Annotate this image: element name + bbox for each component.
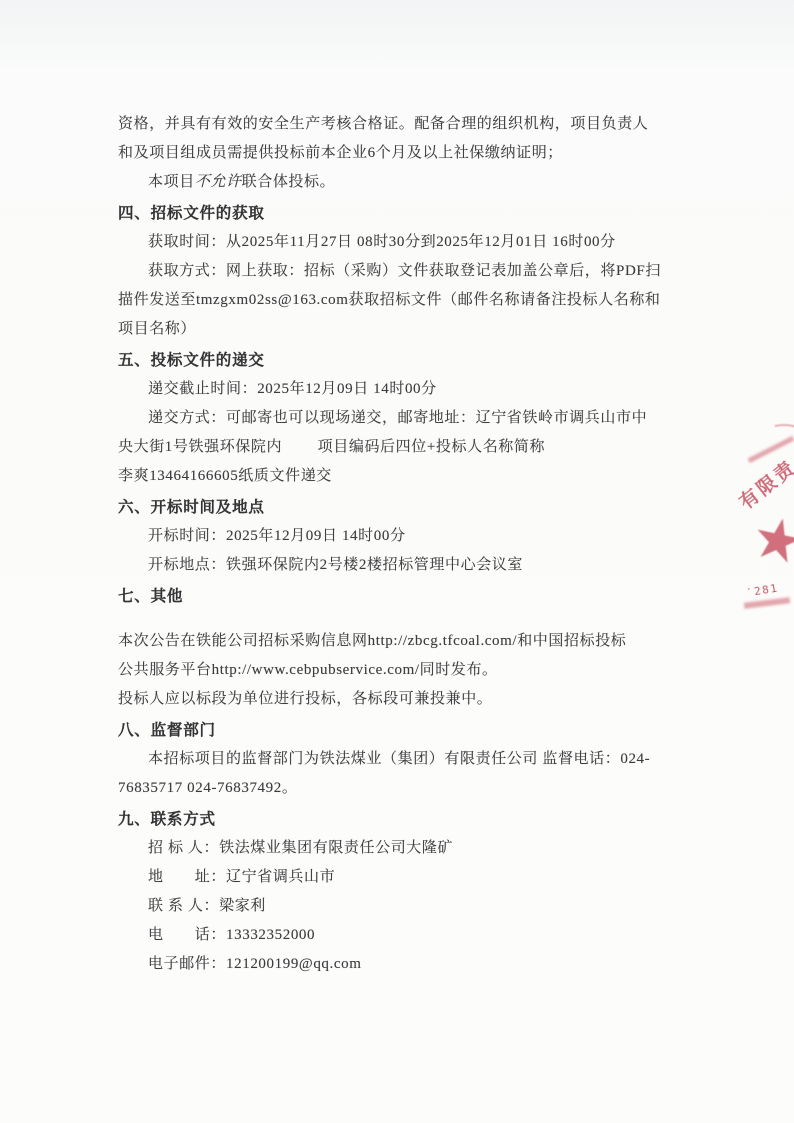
paragraph-line: 和及项目组成员需提供投标前本企业6个月及以上社保缴纳证明； (118, 139, 688, 168)
section-heading-other: 七、其他 (118, 582, 688, 611)
supervision-phone-line: 76835717 024-76837492。 (118, 774, 688, 803)
obtain-method-line: 项目名称） (118, 315, 688, 344)
contact-row-address: 地 址：辽宁省调兵山市 (118, 863, 688, 892)
contact-value: 13332352000 (226, 927, 315, 943)
contact-label: 地 址： (148, 869, 226, 885)
contact-label: 联 系 人： (148, 898, 219, 914)
section-heading-contact: 九、联系方式 (118, 805, 688, 834)
seal-star-icon: ★ (747, 507, 794, 575)
submission-deadline-line: 递交截止时间：2025年12月09日 14时00分 (118, 375, 688, 404)
obtain-time-line: 获取时间：从2025年11月27日 08时30分到2025年12月01日 16时… (118, 228, 688, 257)
contact-value: 梁家利 (219, 898, 266, 914)
contact-value: 铁法煤业集团有限责任公司大隆矿 (219, 840, 453, 856)
no-consortium-emphasis: 不允许 (195, 174, 242, 190)
contact-value: 辽宁省调兵山市 (226, 869, 335, 885)
contact-label: 电 话： (148, 927, 226, 943)
lot-bidding-line: 投标人应以标段为单位进行投标，各标段可兼投兼中。 (118, 685, 688, 714)
submission-method-line: 递交方式：可邮寄也可以现场递交，邮寄地址：辽宁省铁岭市调兵山市中 (118, 404, 688, 433)
section-heading-bid-submission: 五、投标文件的递交 (118, 346, 688, 375)
publication-line: 本次公告在铁能公司招标采购信息网http://zbcg.tfcoal.com/和… (118, 627, 688, 656)
seal-microtext-top (748, 436, 794, 463)
obtain-method-line: 获取方式：网上获取：招标（采购）文件获取登记表加盖公章后，将PDF扫 (118, 257, 688, 286)
no-consortium-prefix: 本项目 (148, 174, 195, 190)
opening-place-line: 开标地点：铁强环保院内2号楼2楼招标管理中心会议室 (118, 551, 688, 580)
publication-line: 公共服务平台http://www.cebpubservice.com/同时发布。 (118, 656, 688, 685)
document-content: 资格，并具有有效的安全生产考核合格证。配备合理的组织机构，项目负责人 和及项目组… (118, 110, 688, 979)
contact-label: 电子邮件： (148, 956, 226, 972)
paragraph-line: 资格，并具有有效的安全生产考核合格证。配备合理的组织机构，项目负责人 (118, 110, 688, 139)
no-consortium-line: 本项目不允许联合体投标。 (118, 168, 688, 197)
contact-value: 121200199@qq.com (226, 956, 362, 972)
section-heading-obtain-documents: 四、招标文件的获取 (118, 199, 688, 228)
seal-arc-text: 有限责 (733, 453, 794, 515)
submission-method-line: 李爽13464166605纸质文件递交 (118, 462, 688, 491)
seal-microtext-bottom (744, 597, 790, 609)
obtain-method-line: 描件发送至tmzgxm02ss@163.com获取招标文件（邮件名称请备注投标人… (118, 286, 688, 315)
seal-serial-number: ′281 (745, 582, 779, 600)
no-consortium-suffix: 联合体投标。 (242, 174, 336, 190)
submission-method-line: 央大街1号铁强环保院内 项目编码后四位+投标人名称简称 (118, 433, 688, 462)
company-seal: 有限责 ★ ′281 (734, 438, 794, 623)
supervision-line: 本招标项目的监督部门为铁法煤业（集团）有限责任公司 监督电话：024- (118, 745, 688, 774)
section-heading-bid-opening: 六、开标时间及地点 (118, 493, 688, 522)
opening-time-line: 开标时间：2025年12月09日 14时00分 (118, 522, 688, 551)
seal-rim-arc (726, 408, 794, 524)
section-heading-supervision: 八、监督部门 (118, 716, 688, 745)
contact-row-tenderer: 招 标 人：铁法煤业集团有限责任公司大隆矿 (118, 834, 688, 863)
contact-row-email: 电子邮件：121200199@qq.com (118, 950, 688, 979)
contact-label: 招 标 人： (148, 840, 219, 856)
contact-row-phone: 电 话：13332352000 (118, 921, 688, 950)
contact-row-person: 联 系 人：梁家利 (118, 892, 688, 921)
document-page: 资格，并具有有效的安全生产考核合格证。配备合理的组织机构，项目负责人 和及项目组… (0, 0, 794, 1123)
